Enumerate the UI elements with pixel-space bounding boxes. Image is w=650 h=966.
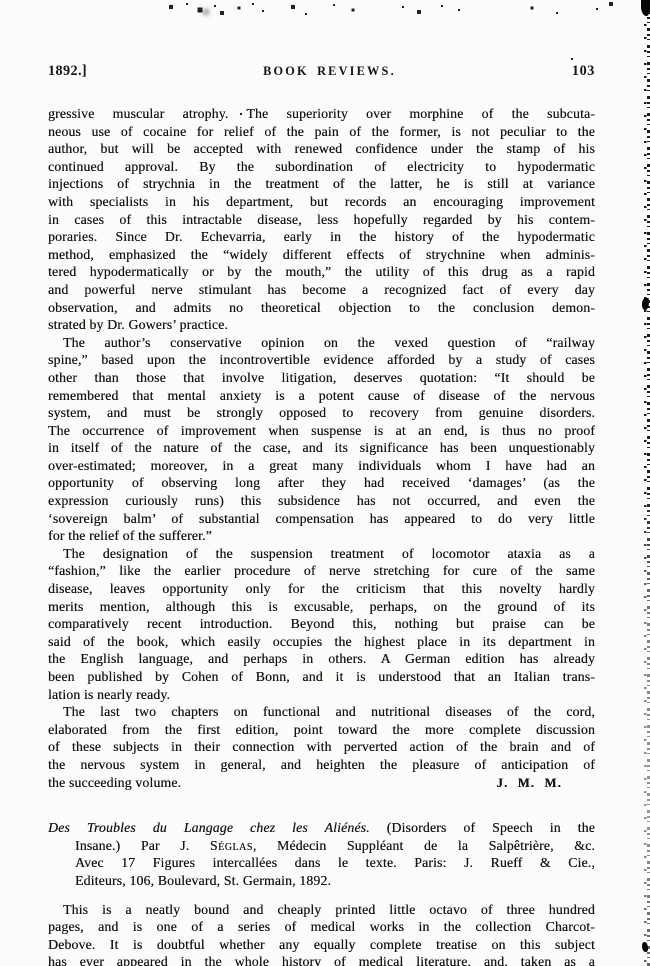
citation-line-3: Avec 17 Figures intercallées dans le tex… (48, 854, 595, 872)
page-body: gressive muscular atrophy. The superiori… (48, 105, 595, 966)
text-line: said of the book, which easily occupies … (48, 633, 595, 651)
text-line: injections of strychnia in the treatment… (48, 175, 595, 193)
text-line: of these subjects in their connection wi… (48, 738, 595, 756)
text-line: Debove. It is doubtful whether any equal… (48, 936, 595, 954)
text-line: continued approval. By the subordination… (48, 158, 595, 176)
text-line: in cases of this intractable disease, le… (48, 211, 595, 229)
text-line: been published by Cohen of Bonn, and it … (48, 668, 595, 686)
text-line: author, but will be accepted with renewe… (48, 140, 595, 158)
text-line: expression curiously runs) this subsiden… (48, 492, 595, 510)
text-line: tered hypodermatically or by the mouth,”… (48, 263, 595, 281)
reviewer-initials: J. M. M. (497, 775, 562, 793)
citation-line-2: Insane.) Par J. Séglas, Médecin Suppléan… (48, 837, 595, 855)
paragraph-review-opening: This is a neatly bound and cheaply print… (48, 901, 595, 966)
paragraph-continuation: gressive muscular atrophy. The superiori… (48, 105, 595, 334)
text-line: “fashion,” like the earlier procedure of… (48, 562, 595, 580)
header-section-title: BOOK REVIEWS. (87, 63, 572, 81)
text-line: lation is nearly ready. (48, 686, 595, 704)
citation-line-1: Des Troubles du Langage chez les Aliénés… (48, 819, 595, 837)
text-line: poraries. Since Dr. Echevarria, early in… (48, 228, 595, 246)
text-line: has ever appeared in the whole history o… (48, 953, 595, 966)
paragraph-railway-spine: The author’s conservative opinion on the… (48, 334, 595, 545)
text-line: The designation of the suspension treatm… (48, 545, 595, 563)
text-line: elaborated from the first edition, point… (48, 721, 595, 739)
text-line: the nervous system in general, and heigh… (48, 756, 595, 774)
review-second: Des Troubles du Langage chez les Aliénés… (48, 819, 595, 966)
paragraph-last-line: the succeeding volume. (48, 774, 181, 792)
text-line: and powerful nerve stimulant has become … (48, 281, 595, 299)
citation-text: , Médecin Suppléant de la Salpêtrière, &… (253, 838, 595, 853)
text-line: with specialists in his department, but … (48, 193, 595, 211)
text-line: comparatively recent introduction. Beyon… (48, 615, 595, 633)
text-line: ‘sovereign balm’ of substantial compensa… (48, 510, 595, 528)
citation-text: Insane.) Par J. (75, 838, 210, 853)
text-line: pages, and is one of a series of medical… (48, 918, 595, 936)
text-line: neous use of cocaine for relief of the p… (48, 123, 595, 141)
citation-line-4: Editeurs, 106, Boulevard, St. Germain, 1… (48, 872, 595, 890)
text-line: the English language, and perhaps in oth… (48, 650, 595, 668)
scan-blob-bottom-right (642, 942, 648, 952)
header-page-number: 103 (572, 63, 595, 81)
text-line: The last two chapters on functional and … (48, 703, 595, 721)
text-line: The occurrence of improvement when suspe… (48, 422, 595, 440)
running-head: 1892.] BOOK REVIEWS. 103 (48, 63, 595, 81)
binding-edge-artifact (644, 0, 650, 966)
author-name: Séglas (210, 838, 253, 853)
text-line: in itself of the nature of the case, and… (48, 439, 595, 457)
text-line: for the relief of the sufferer.” (48, 527, 595, 545)
text-line: other than those that involve litigation… (48, 369, 595, 387)
book-citation: Des Troubles du Langage chez les Aliénés… (48, 819, 595, 889)
text-line: The author’s conservative opinion on the… (48, 334, 595, 352)
header-year: 1892.] (48, 63, 87, 81)
scanned-page: 1892.] BOOK REVIEWS. 103 gressive muscul… (0, 0, 650, 966)
text-line: system, and must be strongly opposed to … (48, 404, 595, 422)
text-line: method, emphasized the “widely different… (48, 246, 595, 264)
text-line: strated by Dr. Gowers’ practice. (48, 316, 595, 334)
text-line: disease, leaves opportunity only for the… (48, 580, 595, 598)
scan-noise-speckles (0, 0, 2, 2)
text-line: opportunity of observing long after they… (48, 474, 595, 492)
scan-blob-top-right (641, 0, 650, 16)
text-line: observation, and admits no theoretical o… (48, 299, 595, 317)
signature-line: the succeeding volume. J. M. M. (48, 774, 595, 793)
book-title-french: Des Troubles du Langage chez les Aliénés… (48, 820, 370, 835)
text-line: This is a neatly bound and cheaply print… (48, 901, 595, 919)
text-line: remembered that mental anxiety is a pote… (48, 387, 595, 405)
book-title-english: (Disorders of Speech in the (370, 820, 595, 835)
text-line: merits mention, although this is excusab… (48, 598, 595, 616)
paragraph-last-chapters: The last two chapters on functional and … (48, 703, 595, 773)
text-line: spine,” based upon the incontrovertible … (48, 351, 595, 369)
review-first: gressive muscular atrophy. The superiori… (48, 105, 595, 792)
text-line: over-estimated; moreover, in a great man… (48, 457, 595, 475)
text-line: gressive muscular atrophy. The superiori… (48, 105, 595, 123)
paragraph-suspension-treatment: The designation of the suspension treatm… (48, 545, 595, 703)
